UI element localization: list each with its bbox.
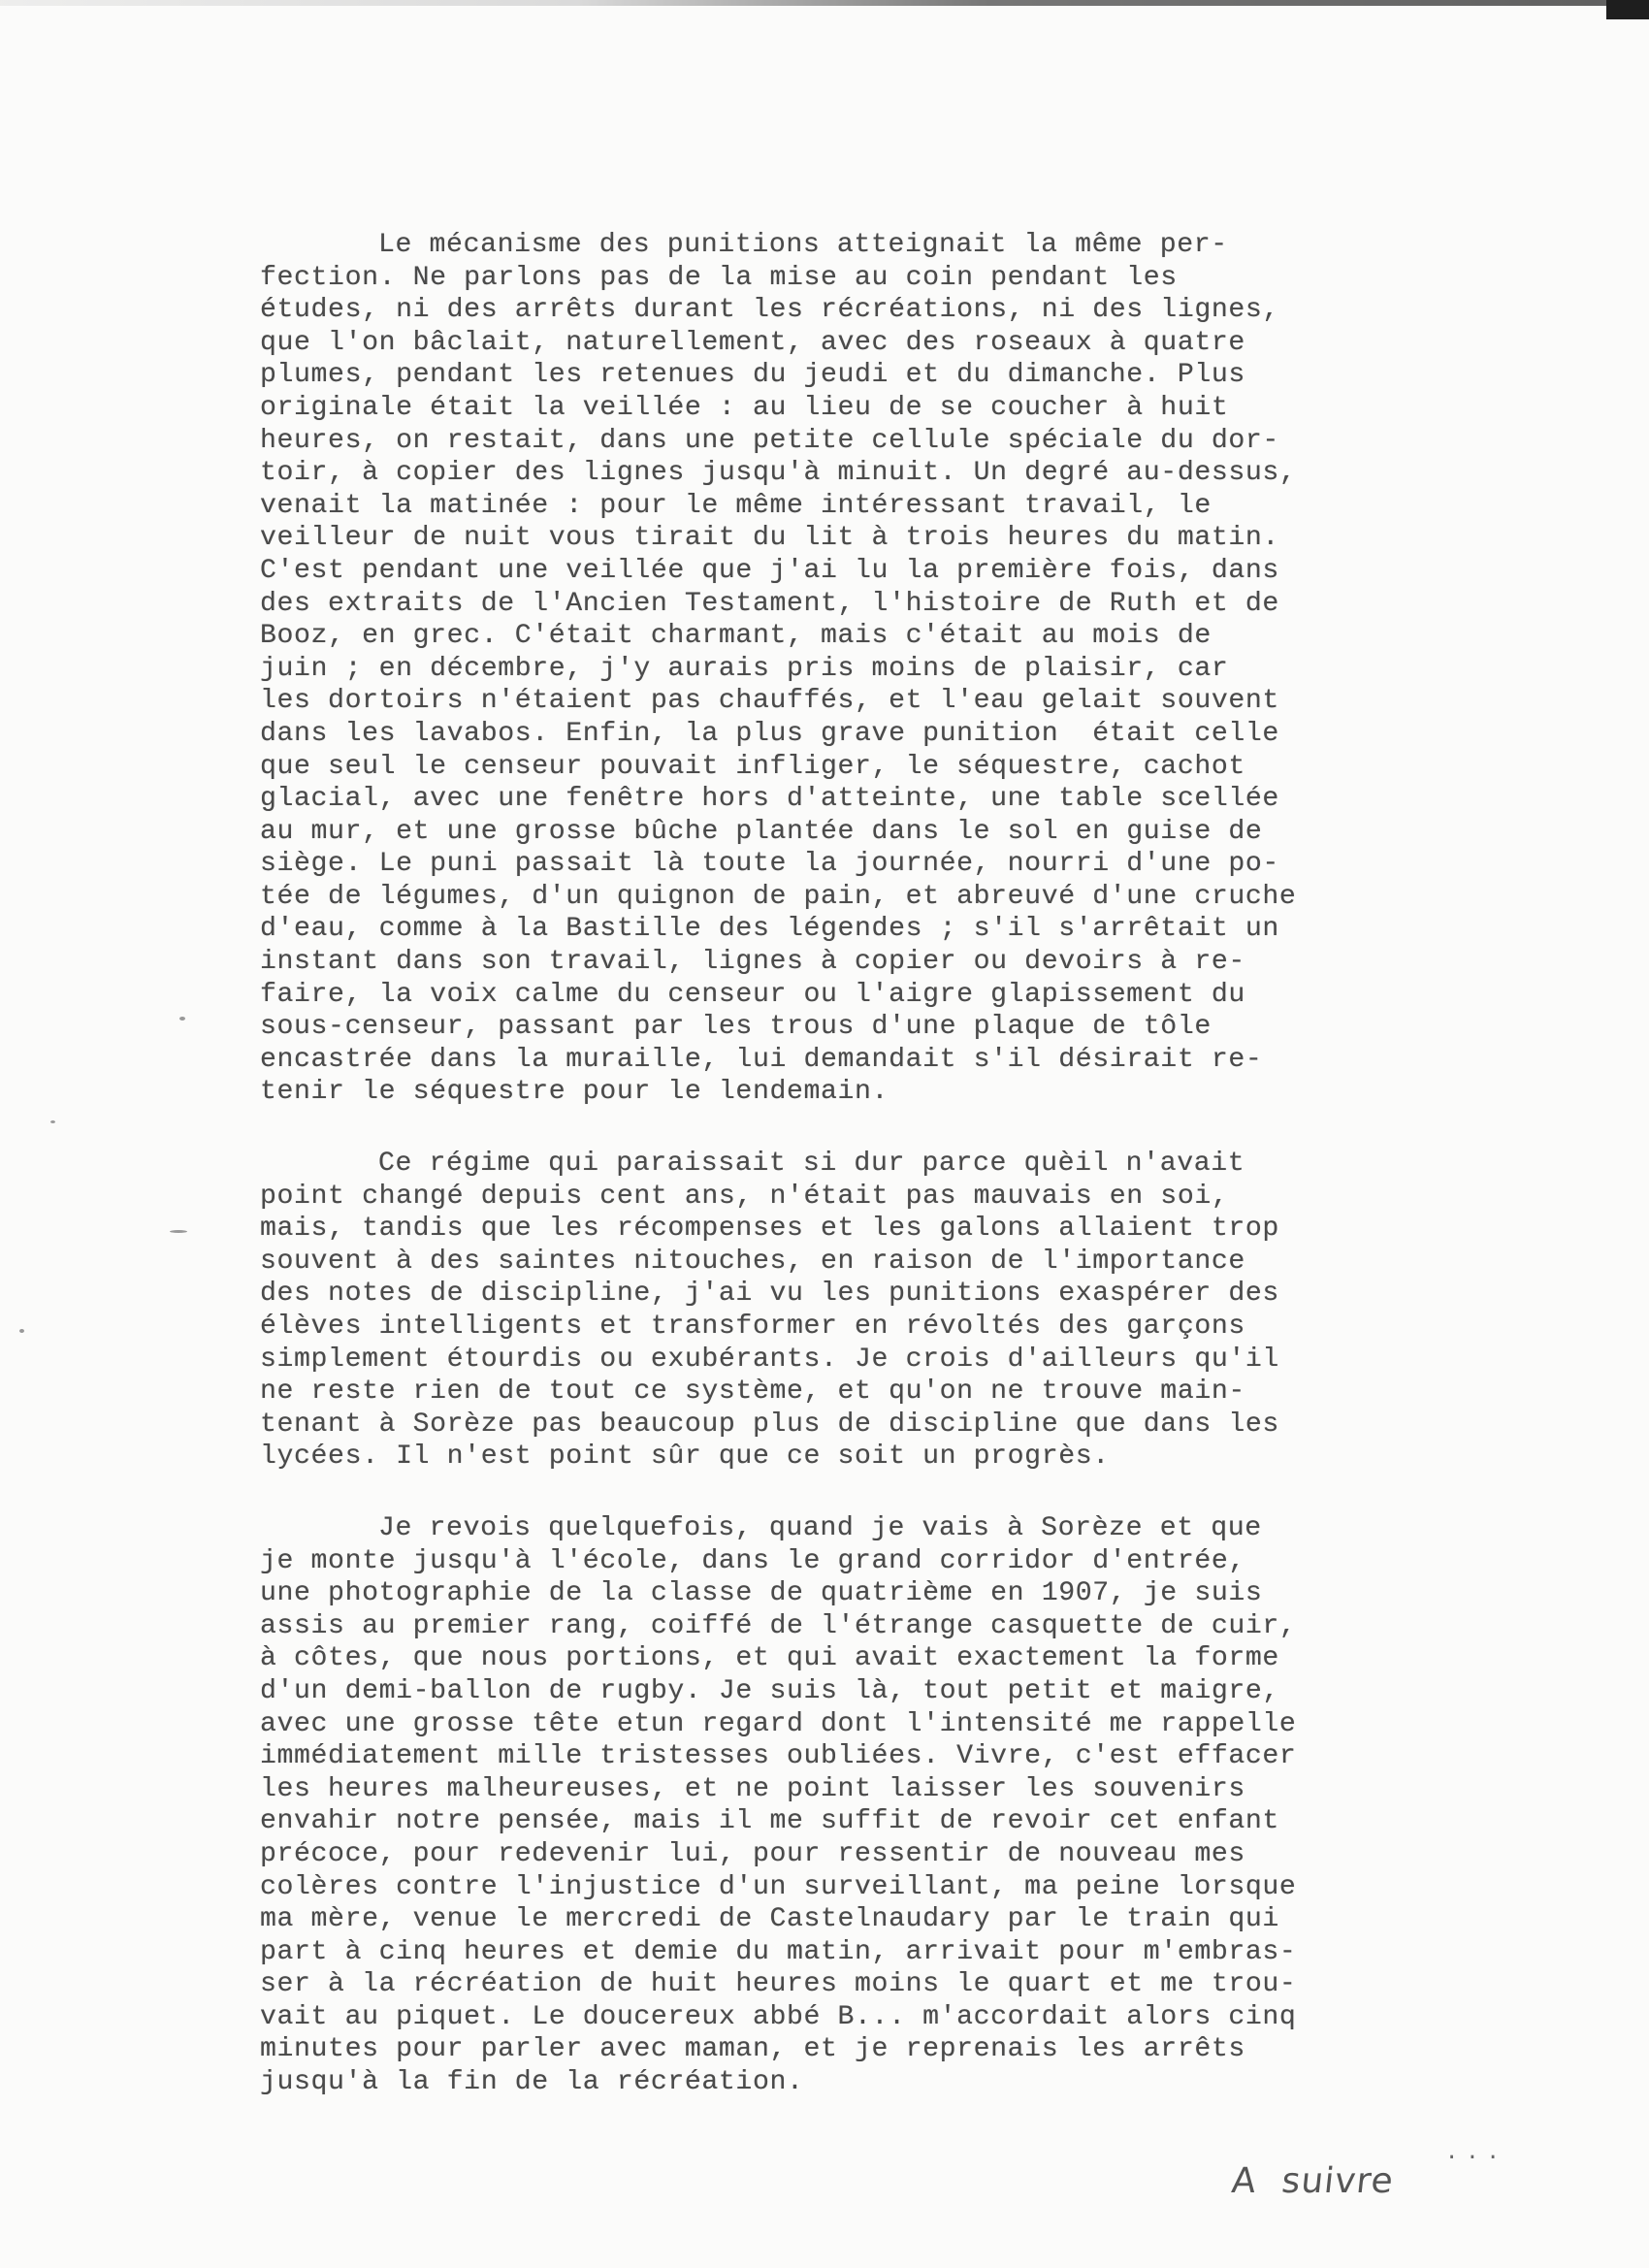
text-line: Booz, en grec. C'était charmant, mais c'… <box>260 620 1502 653</box>
paragraph-first-line: Je revois quelquefois, quand je vais à S… <box>260 1512 1502 1545</box>
text-line: part à cinq heures et demie du matin, ar… <box>260 1936 1502 1969</box>
text-line: vait au piquet. Le doucereux abbé B... m… <box>260 2001 1502 2034</box>
text-line: venait la matinée : pour le même intéres… <box>260 490 1502 523</box>
text-line: simplement étourdis ou exubérants. Je cr… <box>260 1344 1502 1377</box>
paragraph-first-line: Le mécanisme des punitions atteignait la… <box>260 229 1502 262</box>
typewritten-page: Le mécanisme des punitions atteignait la… <box>260 229 1502 2099</box>
text-line: toir, à copier des lignes jusqu'à minuit… <box>260 457 1502 490</box>
handwritten-suivre: suivre <box>1279 2161 1395 2201</box>
text-line: d'un demi-ballon de rugby. Je suis là, t… <box>260 1675 1502 1708</box>
continuation-ellipsis: ... <box>1445 2140 1507 2164</box>
text-line: encastrée dans la muraille, lui demandai… <box>260 1044 1502 1077</box>
text-line: élèves intelligents et transformer en ré… <box>260 1311 1502 1344</box>
text-line: des notes de discipline, j'ai vu les pun… <box>260 1278 1502 1311</box>
scan-top-edge <box>0 0 1649 6</box>
text-line: que l'on bâclait, naturellement, avec de… <box>260 327 1502 360</box>
text-line: ne reste rien de tout ce système, et qu'… <box>260 1376 1502 1409</box>
text-line: des extraits de l'Ancien Testament, l'hi… <box>260 588 1502 621</box>
text-line: heures, on restait, dans une petite cell… <box>260 425 1502 458</box>
text-line: glacial, avec une fenêtre hors d'atteint… <box>260 783 1502 816</box>
text-line: point changé depuis cent ans, n'était pa… <box>260 1181 1502 1214</box>
scan-speck <box>179 1017 185 1021</box>
text-line: immédiatement mille tristesses oubliées.… <box>260 1740 1502 1773</box>
text-line: lycées. Il n'est point sûr que ce soit u… <box>260 1441 1502 1474</box>
text-line: faire, la voix calme du censeur ou l'aig… <box>260 979 1502 1012</box>
paragraph-photograph-memory: Je revois quelquefois, quand je vais à S… <box>260 1512 1502 2099</box>
text-line: assis au premier rang, coiffé de l'étran… <box>260 1610 1502 1643</box>
text-line: dans les lavabos. Enfin, la plus grave p… <box>260 718 1502 751</box>
scan-corner-shadow <box>1606 0 1649 19</box>
text-line: tée de légumes, d'un quignon de pain, et… <box>260 881 1502 914</box>
paragraph-regime: Ce régime qui paraissait si dur parce qu… <box>260 1148 1502 1474</box>
text-line: précoce, pour redevenir lui, pour ressen… <box>260 1838 1502 1871</box>
text-line: ma mère, venue le mercredi de Castelnaud… <box>260 1903 1502 1936</box>
text-line: colères contre l'injustice d'un surveill… <box>260 1871 1502 1904</box>
text-line: minutes pour parler avec maman, et je re… <box>260 2033 1502 2066</box>
paragraph-first-line: Ce régime qui paraissait si dur parce qu… <box>260 1148 1502 1181</box>
text-line: jusqu'à la fin de la récréation. <box>260 2066 1502 2099</box>
scan-speck <box>170 1230 187 1233</box>
text-line: originale était la veillée : au lieu de … <box>260 392 1502 425</box>
text-line: que seul le censeur pouvait infliger, le… <box>260 751 1502 784</box>
text-line: d'eau, comme à la Bastille des légendes … <box>260 913 1502 946</box>
text-line: ser à la récréation de huit heures moins… <box>260 1968 1502 2001</box>
handwritten-a: A <box>1230 2161 1259 2201</box>
text-line: les dortoirs n'étaient pas chauffés, et … <box>260 685 1502 718</box>
text-line: une photographie de la classe de quatriè… <box>260 1577 1502 1610</box>
paragraph-punishments: Le mécanisme des punitions atteignait la… <box>260 229 1502 1109</box>
text-line: tenant à Sorèze pas beaucoup plus de dis… <box>260 1409 1502 1442</box>
text-line: sous-censeur, passant par les trous d'un… <box>260 1011 1502 1044</box>
to-be-continued-note: Asuivre <box>1230 2161 1396 2201</box>
text-line: avec une grosse tête etun regard dont l'… <box>260 1708 1502 1741</box>
text-line: veilleur de nuit vous tirait du lit à tr… <box>260 522 1502 555</box>
text-line: mais, tandis que les récompenses et les … <box>260 1213 1502 1246</box>
text-line: études, ni des arrêts durant les récréat… <box>260 294 1502 327</box>
text-line: plumes, pendant les retenues du jeudi et… <box>260 359 1502 392</box>
text-line: C'est pendant une veillée que j'ai lu la… <box>260 555 1502 588</box>
text-line: à côtes, que nous portions, et qui avait… <box>260 1642 1502 1675</box>
text-line: juin ; en décembre, j'y aurais pris moin… <box>260 653 1502 686</box>
scan-speck <box>50 1120 55 1123</box>
text-line: au mur, et une grosse bûche plantée dans… <box>260 816 1502 849</box>
text-line: tenir le séquestre pour le lendemain. <box>260 1076 1502 1109</box>
text-line: souvent à des saintes nitouches, en rais… <box>260 1246 1502 1279</box>
text-line: instant dans son travail, lignes à copie… <box>260 946 1502 979</box>
text-line: les heures malheureuses, et ne point lai… <box>260 1773 1502 1806</box>
text-line: envahir notre pensée, mais il me suffit … <box>260 1805 1502 1838</box>
scan-speck <box>19 1329 24 1333</box>
text-line: siège. Le puni passait là toute la journ… <box>260 848 1502 881</box>
text-line: fection. Ne parlons pas de la mise au co… <box>260 262 1502 295</box>
text-line: je monte jusqu'à l'école, dans le grand … <box>260 1545 1502 1578</box>
